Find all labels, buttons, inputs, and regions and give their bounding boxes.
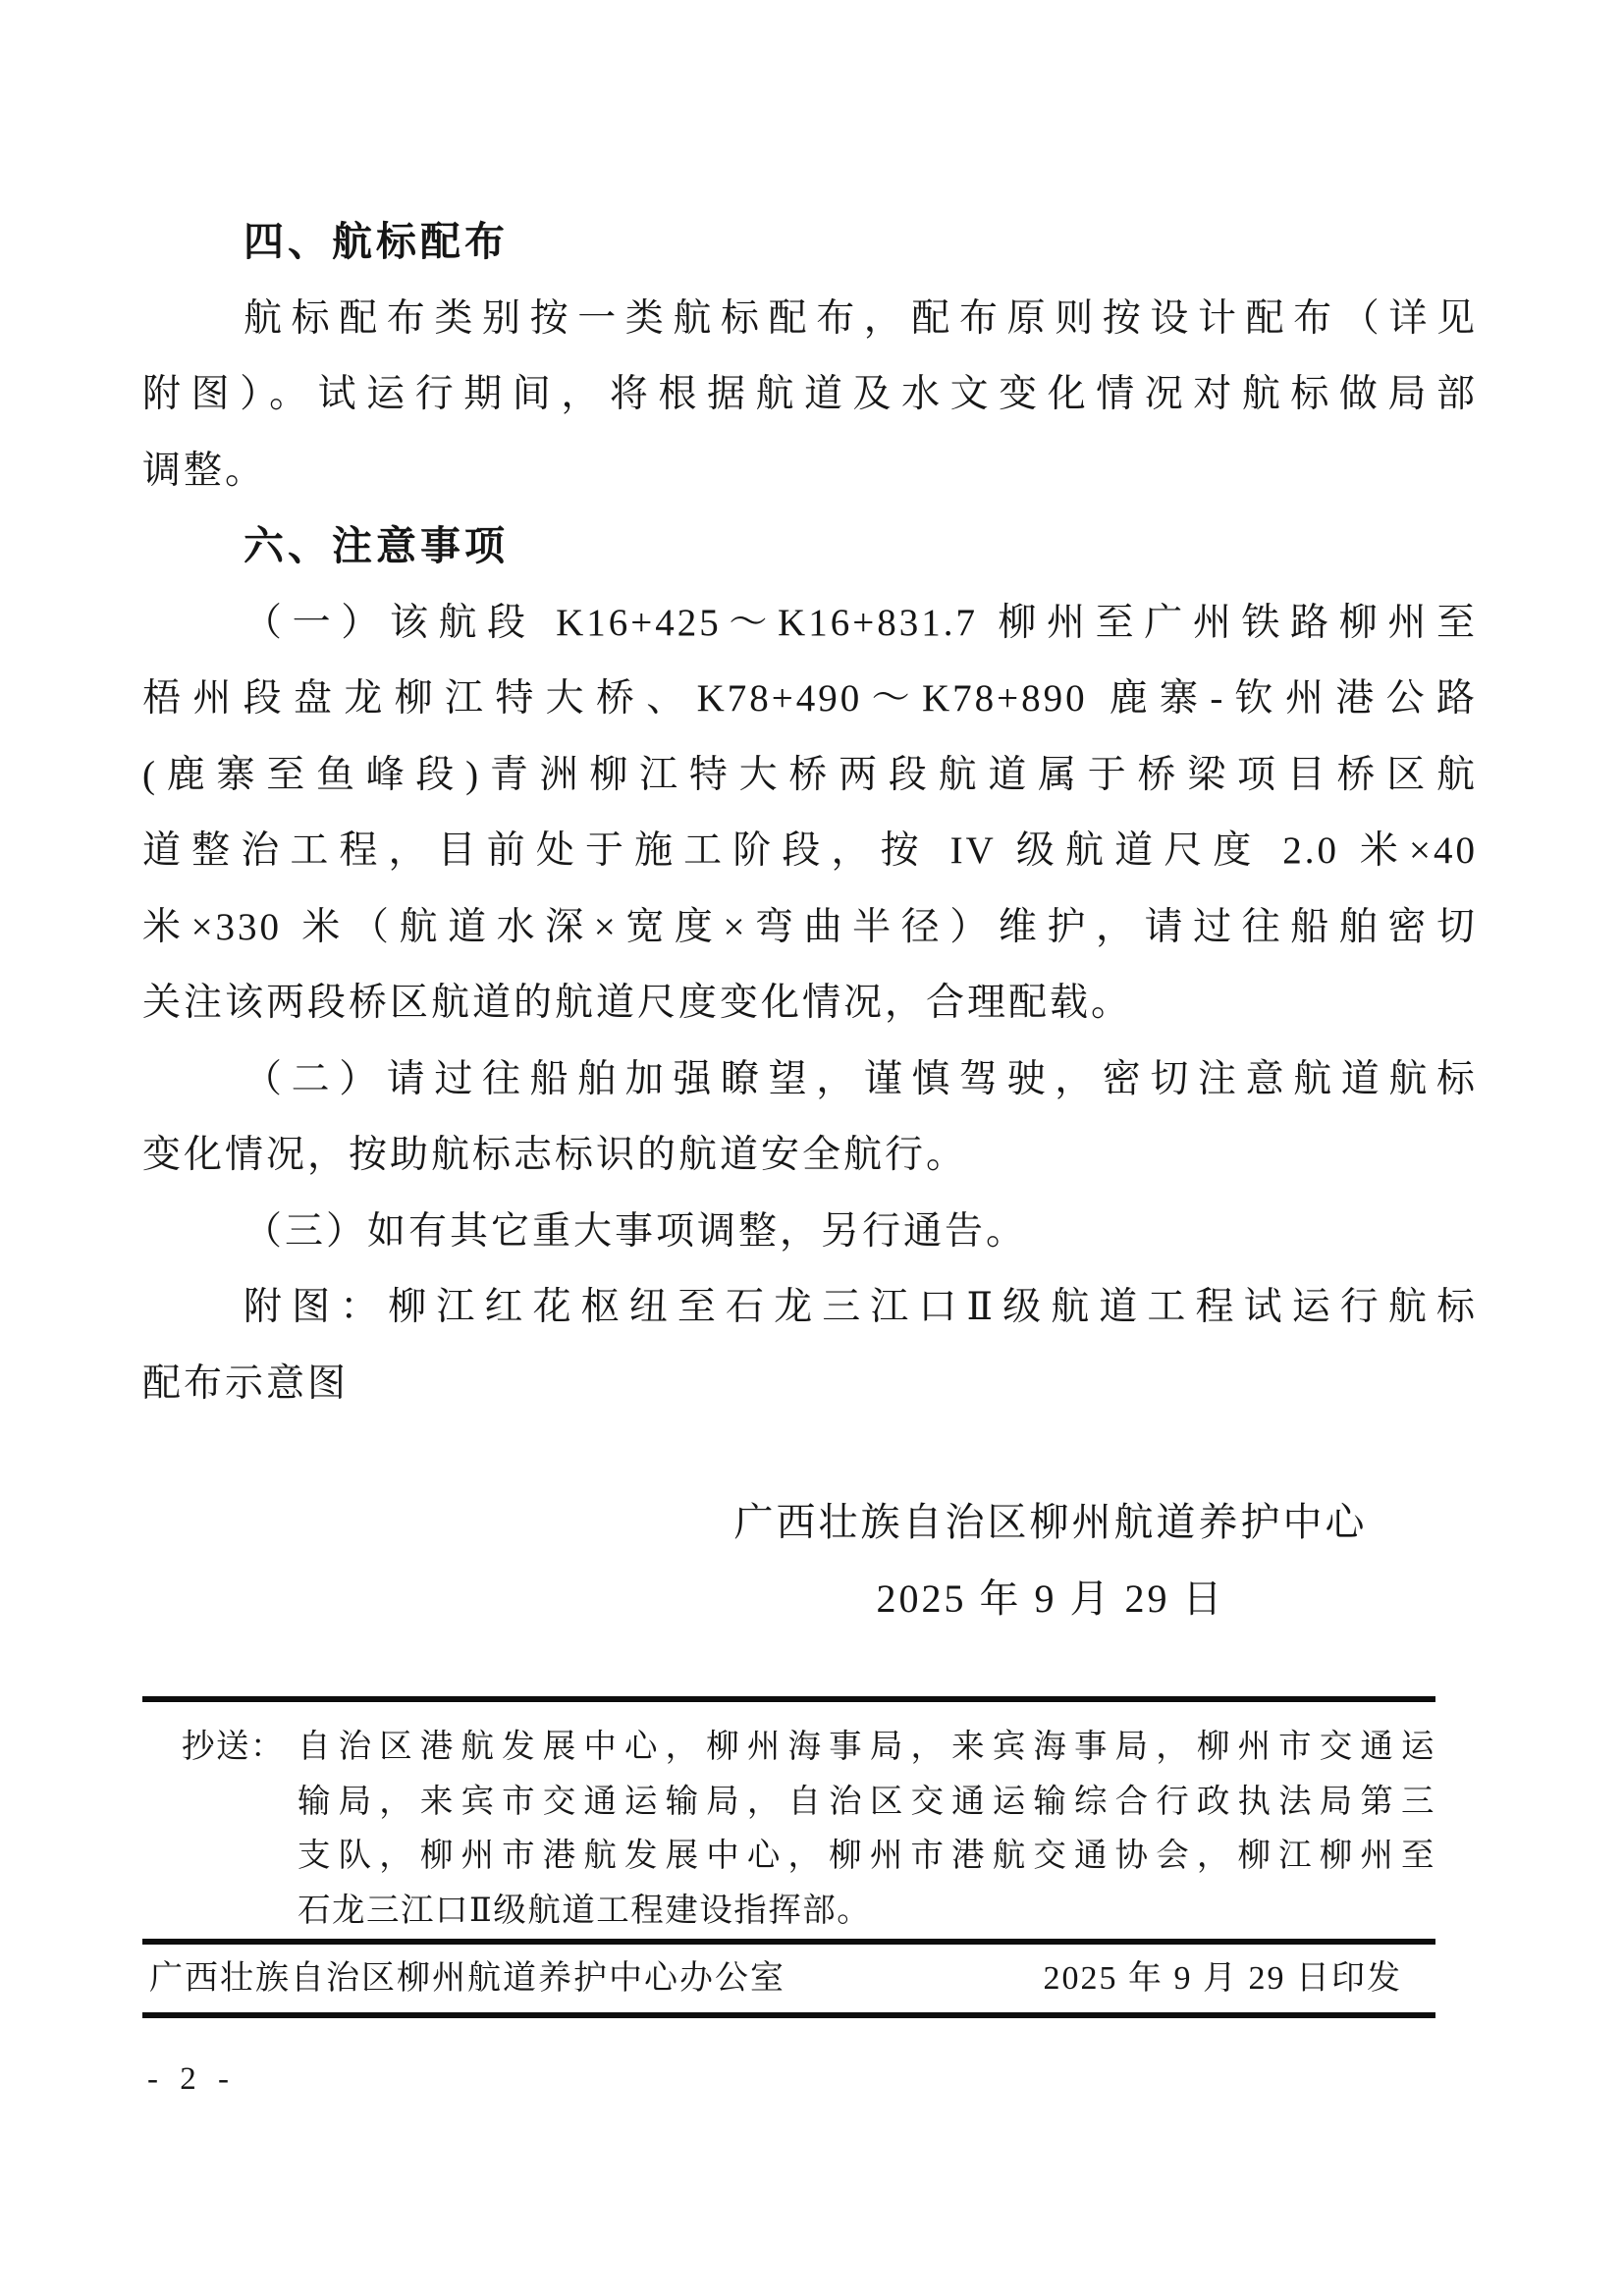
attachment-note-line: 配布示意图 xyxy=(142,1346,1478,1422)
footer-row: 广西壮族自治区柳州航道养护中心办公室 2025 年 9 月 29 日印发 xyxy=(142,1945,1435,2012)
cc-line: 输局，来宾市交通运输局，自治区交通运输综合行政执法局第三 xyxy=(298,1775,1435,1830)
divider-rule-bottom xyxy=(142,2012,1435,2018)
footer-print-date: 2025 年 9 月 29 日印发 xyxy=(1044,1945,1403,2012)
section-heading-4: 四、航标配布 xyxy=(142,204,1478,281)
body-line: 调整。 xyxy=(142,433,1478,509)
body-line: (鹿寨至鱼峰段)青洲柳江特大桥两段航道属于桥梁项目桥区航 xyxy=(142,737,1478,814)
issue-date: 2025 年 9 月 29 日 xyxy=(648,1561,1453,1637)
body-line: （一）该航段 K16+425～K16+831.7 柳州至广州铁路柳州至 xyxy=(142,585,1478,662)
attachment-note-line: 附图：柳江红花枢纽至石龙三江口Ⅱ级航道工程试运行航标 xyxy=(142,1269,1478,1346)
document-page: 四、航标配布 航标配布类别按一类航标配布，配布原则按设计配布（详见 附图）。试运… xyxy=(0,0,1624,2296)
body-line: 关注该两段桥区航道的航道尺度变化情况，合理配载。 xyxy=(142,965,1478,1041)
cc-line: 支队，柳州市港航发展中心，柳州市港航交通协会，柳江柳州至 xyxy=(298,1829,1435,1884)
body-line: （二）请过往船舶加强瞭望，谨慎驾驶，密切注意航道航标 xyxy=(142,1041,1478,1118)
divider-rule-top xyxy=(142,1696,1435,1702)
document-body: 四、航标配布 航标配布类别按一类航标配布，配布原则按设计配布（详见 附图）。试运… xyxy=(142,204,1478,1421)
issuing-org: 广西壮族自治区柳州航道养护中心 xyxy=(648,1484,1453,1561)
signature-block: 广西壮族自治区柳州航道养护中心 2025 年 9 月 29 日 xyxy=(648,1484,1453,1637)
page-number: - 2 - xyxy=(147,2061,236,2098)
cc-block: 抄送： 自治区港航发展中心，柳州海事局，来宾海事局，柳州市交通运 输局，来宾市交… xyxy=(182,1720,1435,1938)
section-heading-6: 六、注意事项 xyxy=(142,508,1478,585)
body-line: 附图）。试运行期间，将根据航道及水文变化情况对航标做局部 xyxy=(142,356,1478,433)
body-line: 道整治工程，目前处于施工阶段，按 IV 级航道尺度 2.0 米×40 xyxy=(142,813,1478,889)
body-line: 梧州段盘龙柳江特大桥、K78+490～K78+890 鹿寨-钦州港公路 xyxy=(142,661,1478,737)
footer-office-name: 广西壮族自治区柳州航道养护中心办公室 xyxy=(149,1945,785,2012)
body-line: 米×330 米（航道水深×宽度×弯曲半径）维护，请过往船舶密切 xyxy=(142,889,1478,966)
body-line: 变化情况，按助航标志标识的航道安全航行。 xyxy=(142,1117,1478,1194)
cc-lines: 自治区港航发展中心，柳州海事局，来宾海事局，柳州市交通运 输局，来宾市交通运输局… xyxy=(298,1720,1435,1938)
body-line: 航标配布类别按一类航标配布，配布原则按设计配布（详见 xyxy=(142,281,1478,357)
cc-label: 抄送： xyxy=(182,1720,285,1775)
cc-line: 石龙三江口Ⅱ级航道工程建设指挥部。 xyxy=(298,1884,1435,1939)
body-line: （三）如有其它重大事项调整，另行通告。 xyxy=(142,1194,1478,1270)
cc-line: 自治区港航发展中心，柳州海事局，来宾海事局，柳州市交通运 xyxy=(298,1720,1435,1775)
